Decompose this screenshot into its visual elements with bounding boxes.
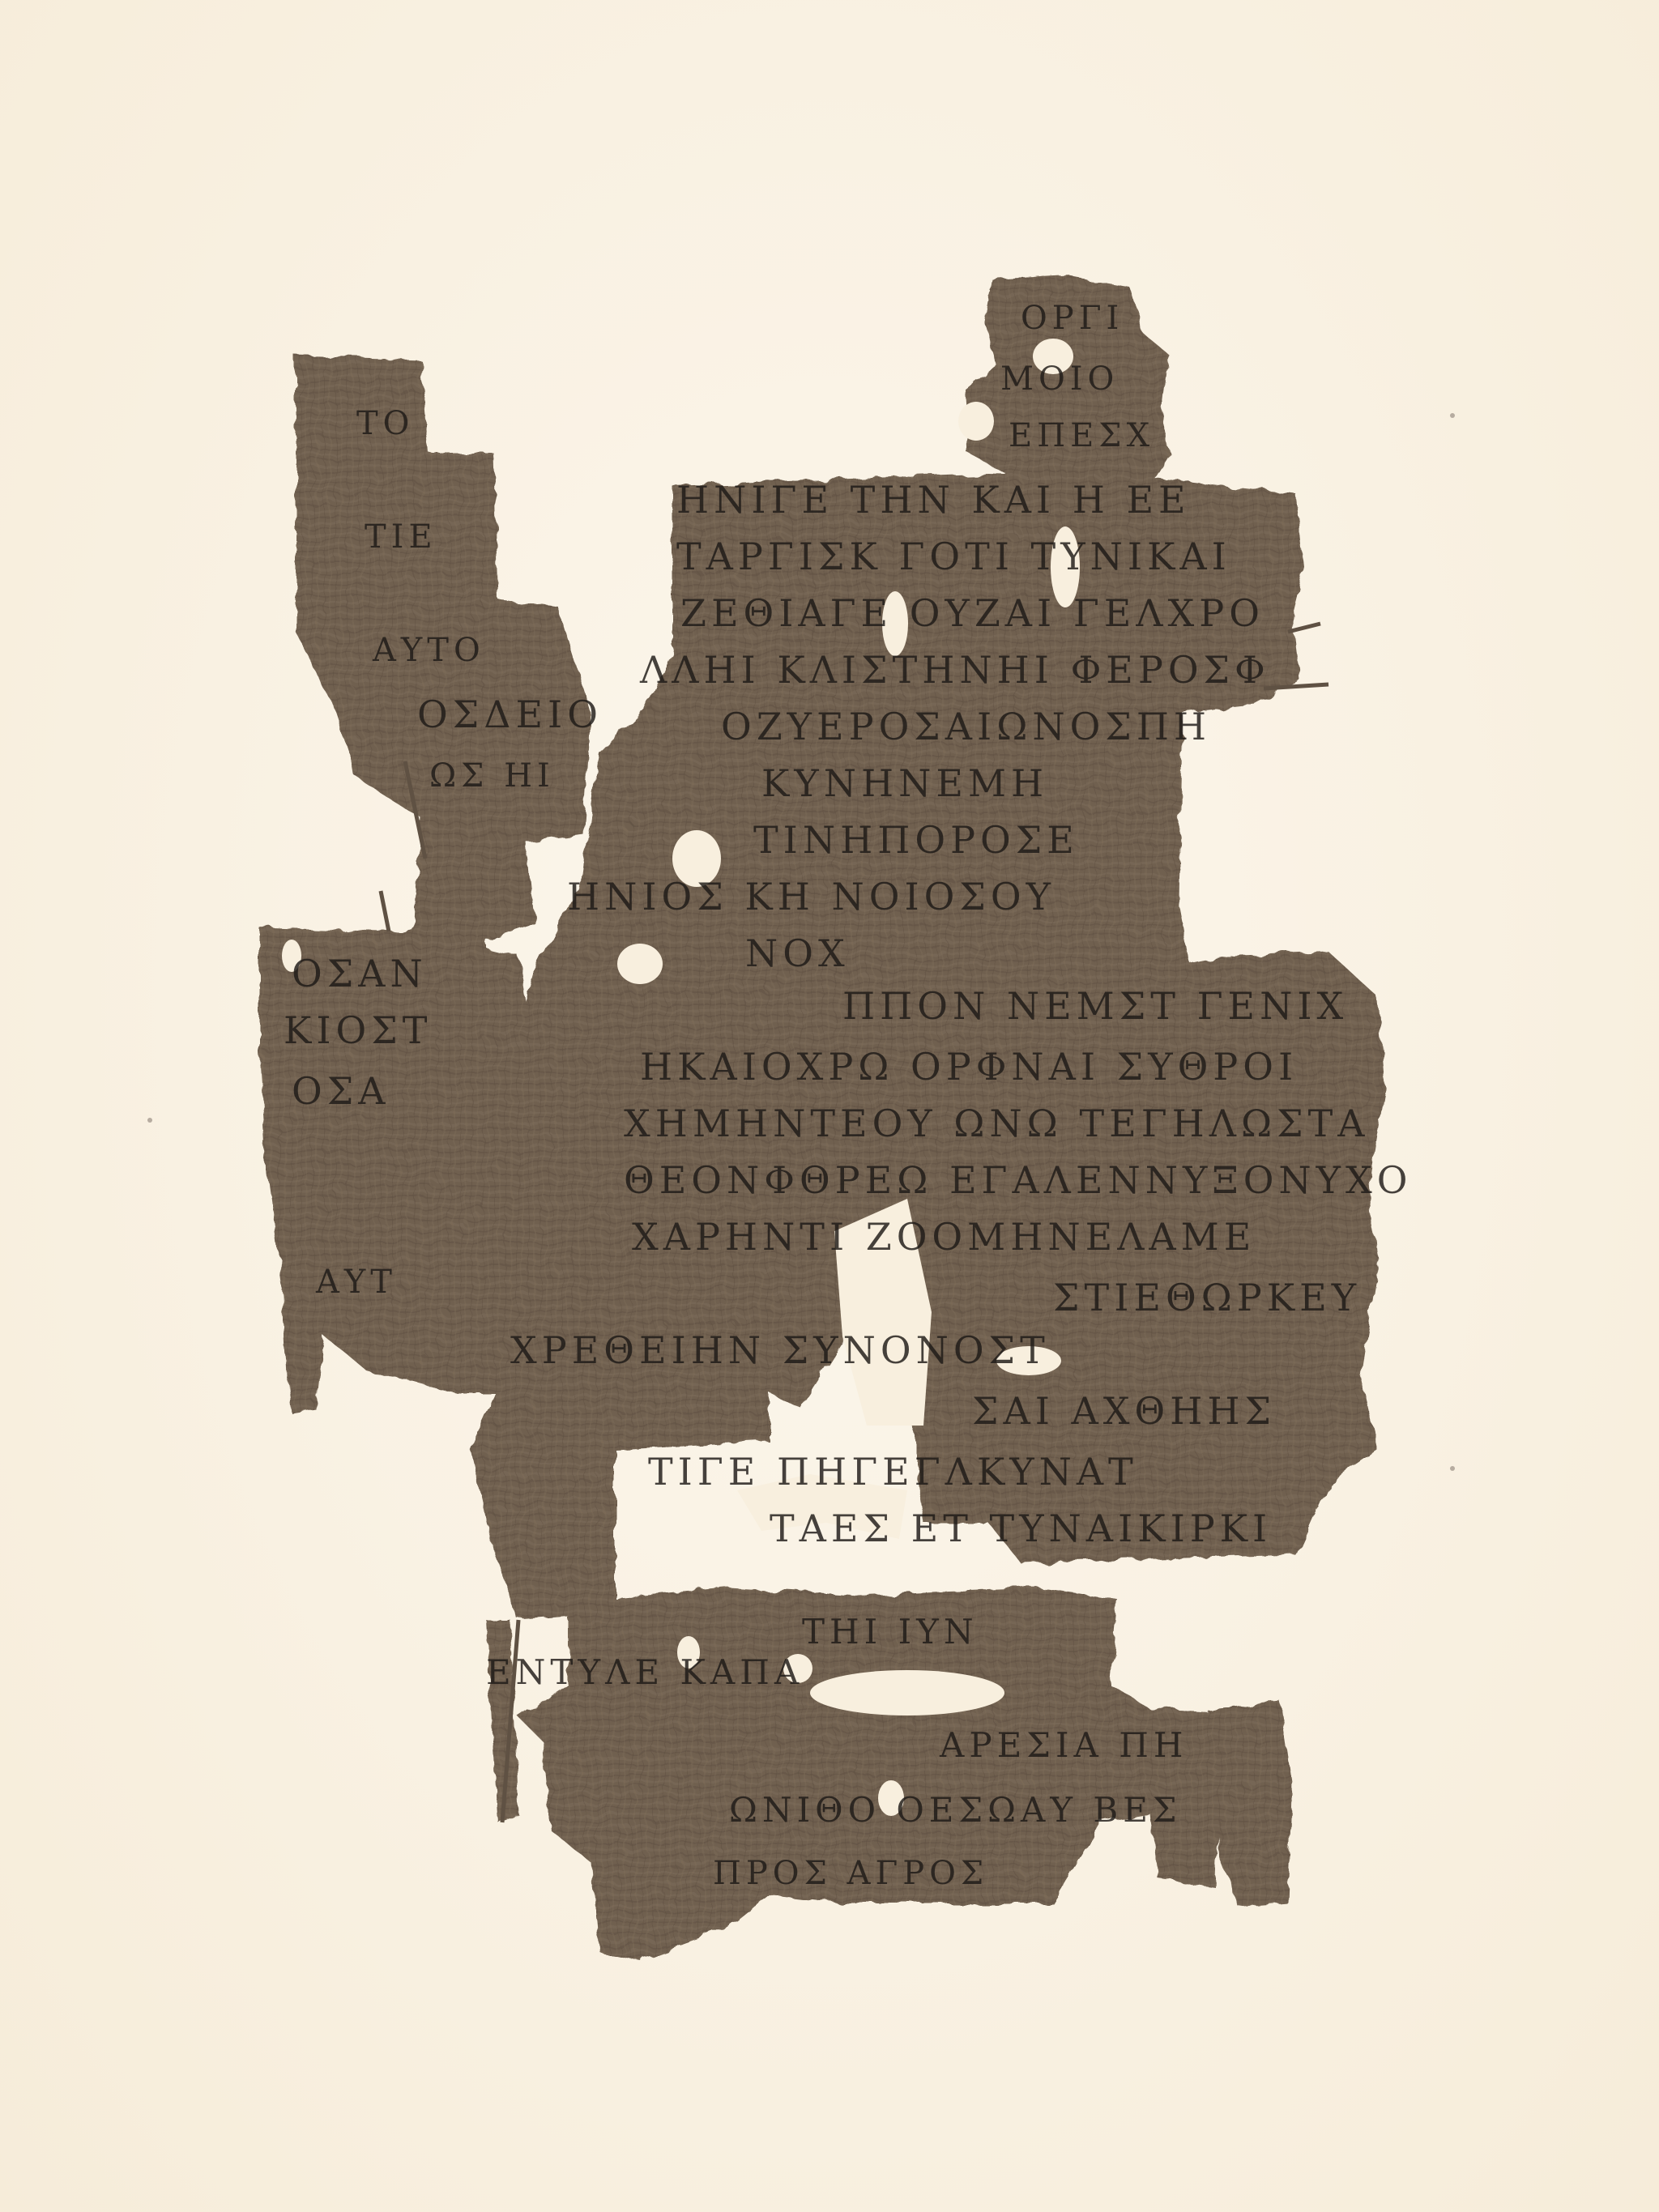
text-line: ΣΑΙ ΑΧΘΗΗΣ — [972, 1389, 1276, 1433]
text-line: ΠΡΟΣ ΑΓΡΟΣ — [713, 1855, 988, 1892]
text-line: ΤΙΝΗΠΟΡΟΣΕ — [753, 818, 1079, 862]
dust-speck — [1450, 1466, 1455, 1471]
text-line: ΠΠΟΝ ΝΕΜΣΤ ΓΕΝΙΧ — [842, 984, 1348, 1028]
papyrus-photo: ΟΡΓΙ ΜΟΙΟ ΕΠΕΣΧ ΗΝΙΓΕ ΤΗΝ ΚΑΙ Η ΕΕ ΤΑΡΓΙ… — [0, 0, 1659, 2212]
text-line: ΟΖΥΕΡΟΣΑΙΩΝΟΣΠΗ — [721, 705, 1211, 748]
text-line: ΖΕΘΙΑΓΕ ΟΥΖΑΙ ΓΕΛΧΡΟ — [680, 591, 1265, 635]
text-line: ΑΥΤΟ — [373, 632, 485, 669]
text-line: ΕΝΤΥΛΕ ΚΑΠΑ — [486, 1652, 804, 1692]
text-line: ΝΟΧ — [745, 931, 850, 975]
text-line: ΩΣ ΗΙ — [429, 757, 555, 795]
text-line: ΗΝΙΓΕ ΤΗΝ ΚΑΙ Η ΕΕ — [676, 478, 1191, 522]
text-line: ΤΟ — [356, 405, 414, 442]
dust-speck — [147, 1118, 152, 1123]
text-line: ΟΣΑ — [292, 1069, 390, 1113]
text-line: ΛΛΗΙ ΚΛΙΣΤΗΝΗΙ ΦΕΡΟΣΦ — [640, 648, 1270, 692]
text-line: ΤΙΓΕ ΠΗΓΕΓΛΚΥΝΑΤ — [648, 1450, 1138, 1494]
text-line: ΘΕΟΝΦΘΡΕΩ ΕΓΑΛΕΝΝΥΞΟΝΥΧΟ — [624, 1158, 1413, 1202]
text-line: ΟΡΓΙ — [1021, 300, 1124, 337]
text-line: ΤΑΡΓΙΣΚ ΓΟΤΙ ΤΥΝΙΚΑΙ — [676, 535, 1231, 578]
text-line: ΣΤΙΕΘΩΡΚΕΥ — [1053, 1276, 1361, 1319]
text-line: ΚΙΟΣΤ — [284, 1008, 432, 1052]
text-line: ΩΝΙΘΟ ΟΕΣΩΑΥ ΒΕΣ — [729, 1790, 1182, 1830]
text-line: ΧΡΕΘΕΙΗΝ ΣΥΝΟΝΟΣΤ — [510, 1328, 1050, 1372]
text-line: ΟΣΑΝ — [292, 952, 428, 995]
text-line: ΑΡΕΣΙΑ ΠΗ — [940, 1725, 1188, 1765]
text-line: ΜΟΙΟ — [1000, 360, 1119, 398]
dust-speck — [1450, 413, 1455, 418]
text-line: ΕΠΕΣΧ — [1009, 417, 1154, 454]
text-line: ΧΗΜΗΝΤΕΟΥ ΩΝΩ ΤΕΓΗΛΩΣΤΑ — [624, 1102, 1370, 1145]
text-line: ΚΥΝΗΝΕΜΗ — [761, 761, 1048, 805]
text-line: ΟΣΔΕΙΟ — [417, 693, 603, 736]
text-line: ΗΚΑΙΟΧΡΩ ΟΡΦΝΑΙ ΣΥΘΡΟΙ — [640, 1045, 1298, 1089]
text-line: ΧΑΡΗΝΤΙ ΖΟΟΜΗΝΕΛΑΜΕ — [632, 1215, 1256, 1259]
text-line: ΤΙΕ — [365, 518, 437, 556]
text-line: ΑΥΤ — [316, 1264, 397, 1301]
text-line: ΤΑΕΣ ΕΤ ΤΥΝΑΙΚΙΡΚΙ — [770, 1507, 1272, 1550]
text-line: ΗΝΙΟΣ ΚΗ ΝΟΙΟΣΟΥ — [567, 875, 1056, 918]
text-line: ΤΗΙ ΙΥΝ — [802, 1612, 979, 1652]
